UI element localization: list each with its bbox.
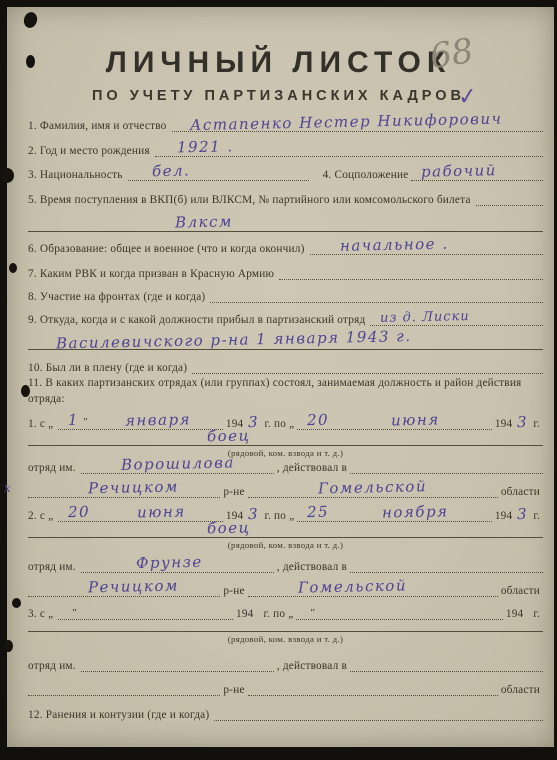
entry3-district-line — [28, 683, 220, 696]
entry2-unit-label: отряд им. — [28, 561, 81, 573]
entry2-district-line: Речицком — [28, 580, 220, 597]
entry2-unit-line: Фрунзе — [81, 556, 274, 573]
field-surname-label: 1. Фамилия, имя и отчество — [28, 120, 172, 132]
entry1-district-line: Речицком — [28, 481, 220, 498]
entry3-unit-row: отряд им. , действовал в — [28, 650, 543, 672]
field-nationality-value: бел. — [127, 163, 194, 180]
field-education-label: 6. Образование: общее и военное (что и к… — [28, 243, 310, 255]
entry1-region: Гомельской — [248, 479, 431, 499]
entry1-acted-line — [350, 461, 543, 474]
entry1-region-label: области — [498, 486, 543, 498]
field-party-value: Влксм — [164, 214, 236, 232]
entry2-region-line: Гомельской — [248, 580, 498, 597]
entry3-position-note: (рядовой, ком. взвода и т. д.) — [28, 634, 543, 644]
entry3-district — [28, 691, 42, 692]
scanned-document: ЛИЧНЫЙ ЛИСТОК ПО УЧЕТУ ПАРТИЗАНСКИХ КАДР… — [0, 0, 557, 760]
punch-hole — [1, 297, 6, 305]
field-arrival-value: из д. Лиски — [370, 310, 474, 326]
field-arrival-line: из д. Лиски — [370, 311, 543, 326]
pencil-page-number: 68 — [427, 31, 476, 77]
field-arrival-row: 9. Откуда, когда и с какой должности при… — [28, 302, 543, 326]
entry1-position-line: боец — [28, 429, 543, 446]
entry2-position-line: боец — [28, 521, 543, 538]
field-social-label: 4. Соцположение — [309, 169, 412, 181]
field-wounds-value — [214, 716, 228, 717]
entry2-unit-name: Фрунзе — [81, 555, 207, 574]
entry1-position-row: боец — [28, 426, 543, 446]
entry2-region-label: области — [498, 585, 543, 597]
entry1-district: Речицком — [28, 479, 183, 498]
entry1-unit-line: Ворошилова — [81, 457, 274, 474]
field-surname-value: Астапенко Нестер Никифорович — [171, 111, 506, 134]
entry1-acted-label: , действовал в — [274, 462, 350, 474]
entry3-position — [278, 627, 292, 628]
entry3-unit-label: отряд им. — [28, 660, 81, 672]
entry3-unit-line — [81, 659, 274, 672]
field-birth-label: 2. Год и место рождения — [28, 145, 155, 157]
entry2-region: Гомельской — [248, 578, 411, 597]
entry3-position-line — [28, 619, 543, 632]
field-nationality-line: бел. — [128, 164, 309, 181]
entry1-unit-label: отряд им. — [28, 462, 81, 474]
field-nationality-row: 3. Национальность бел. 4. Соцположение р… — [28, 157, 543, 181]
field-party-row2: Влксм — [28, 206, 543, 232]
field-rvk-row: 7. Каким РВК и когда призван в Красную А… — [28, 256, 543, 280]
field-wounds-row: 12. Ранения и контузии (где и когда) — [28, 697, 543, 721]
entry3-acted-label: , действовал в — [274, 660, 350, 672]
punch-hole — [9, 263, 17, 273]
entry3-position-row — [28, 614, 543, 632]
entry1-acted-value — [350, 469, 364, 470]
entry3-acted-line — [350, 659, 543, 672]
entry2-acted-value — [350, 568, 364, 569]
field-arrival-line2: Василевичского р-на 1 января 1943 г. — [28, 333, 543, 350]
entry3-unit-name — [81, 667, 95, 668]
entry2-acted-line — [350, 560, 543, 573]
field-birth-row: 2. Год и место рождения 1921 . — [28, 133, 543, 157]
field-birth-line: 1921 . — [155, 140, 543, 157]
field-social-value: рабочий — [411, 163, 501, 181]
margin-mark: х — [4, 481, 11, 495]
entry2-position-note: (рядовой, ком. взвода и т. д.) — [28, 540, 543, 550]
field-wounds-line — [214, 708, 543, 721]
entry2-unit-row: отряд им. Фрунзе , действовал в — [28, 551, 543, 573]
entry2-position: боец — [197, 520, 255, 537]
entry1-region-line: Гомельской — [248, 481, 498, 498]
field-party-row: 5. Время поступления в ВКП(б) или ВЛКСМ,… — [28, 182, 543, 206]
field-fronts-row: 8. Участие на фронтах (где и когда) — [28, 279, 543, 303]
field-nationality-label: 3. Национальность — [28, 169, 128, 181]
check-mark: ✓ — [457, 83, 479, 111]
entry1-district-label: р-не — [220, 486, 247, 498]
entry2-district-label: р-не — [220, 585, 247, 597]
entry3-area-row: р-не области — [28, 674, 543, 696]
entry3-district-label: р-не — [220, 684, 247, 696]
entry3-region-label: области — [498, 684, 543, 696]
punch-hole — [0, 168, 14, 183]
entry3-region-line — [248, 683, 498, 696]
field-rvk-value — [279, 275, 293, 276]
field-arrival-row2: Василевичского р-на 1 января 1943 г. — [28, 325, 543, 350]
field-education-line: начальное . — [310, 238, 543, 255]
entry1-area-row: Речицком р-не Гомельской области — [28, 476, 543, 498]
entry2-position-row: боец — [28, 518, 543, 538]
field-birth-value: 1921 . — [155, 139, 238, 157]
entry1-unit-row: отряд им. Ворошилова , действовал в — [28, 452, 543, 474]
field-social-line: рабочий — [411, 164, 543, 181]
entry3-acted-value — [350, 667, 364, 668]
field-surname-row: 1. Фамилия, имя и отчество Астапенко Нес… — [28, 108, 543, 132]
field-fronts-value — [210, 298, 224, 299]
field-education-value: начальное . — [309, 237, 452, 256]
entry1-unit-name: Ворошилова — [81, 455, 239, 474]
punch-hole — [4, 640, 13, 652]
punch-hole — [12, 598, 21, 608]
field-party-label: 5. Время поступления в ВКП(б) или ВЛКСМ,… — [28, 194, 476, 206]
entry1-position: боец — [197, 428, 255, 445]
field-captivity-label: 10. Был ли в плену (где и когда) — [28, 362, 192, 374]
field-surname-line: Астапенко Нестер Никифорович — [172, 115, 543, 132]
entry2-district: Речицком — [28, 578, 183, 597]
field-captivity-value — [192, 369, 206, 370]
entry3-region — [248, 691, 262, 692]
field-wounds-label: 12. Ранения и контузии (где и когда) — [28, 709, 214, 721]
field-units-label: 11. В каких партизанских отрядах (или гр… — [28, 376, 539, 407]
field-captivity-row: 10. Был ли в плену (где и когда) — [28, 350, 543, 374]
field-party-line2: Влксм — [28, 215, 543, 232]
entry2-acted-label: , действовал в — [274, 561, 350, 573]
entry2-area-row: Речицком р-не Гомельской области — [28, 575, 543, 597]
field-education-row: 6. Образование: общее и военное (что и к… — [28, 231, 543, 255]
field-captivity-line — [192, 361, 543, 374]
